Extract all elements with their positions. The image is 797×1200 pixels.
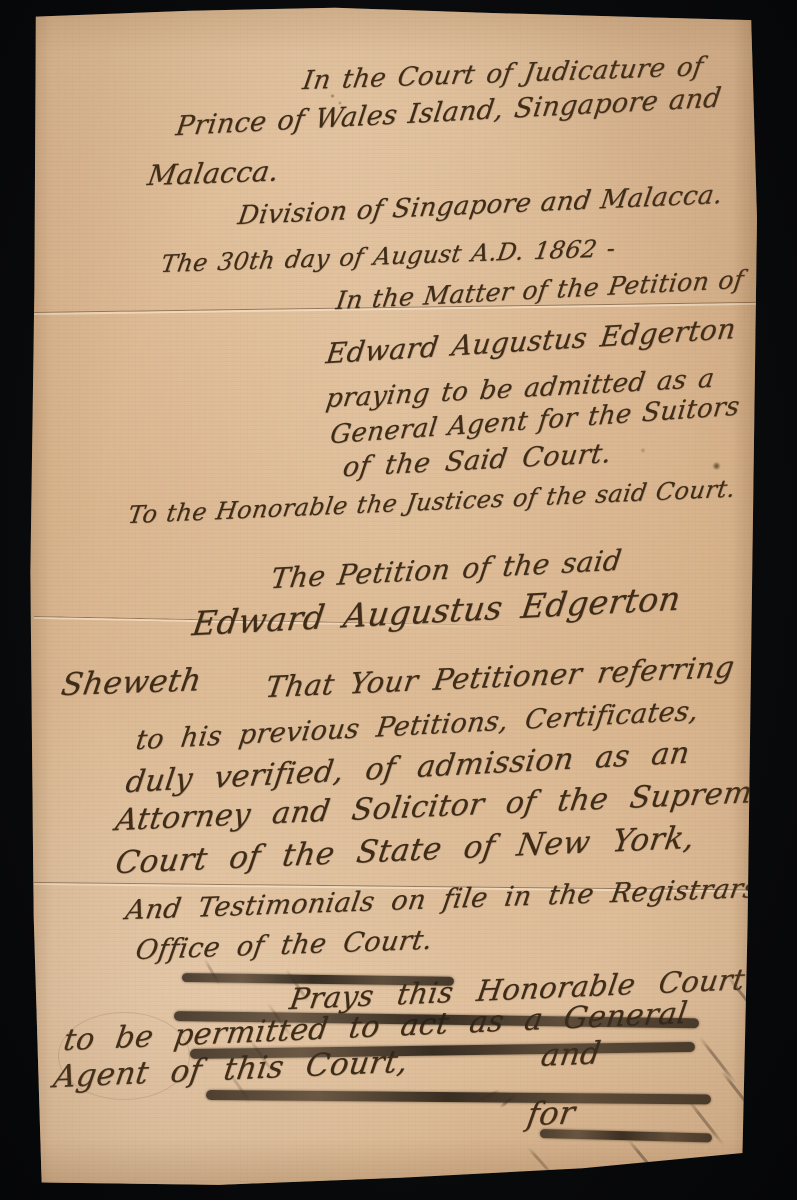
handwritten-division-line: Division of Singapore and Malacca. [236, 182, 724, 229]
stain [640, 448, 646, 453]
hatch-mark [727, 975, 763, 1020]
handwritten-matter-line-2: Edward Augustus Edgerton [324, 315, 737, 368]
hatch-mark [699, 1158, 732, 1199]
hatch-mark [699, 1036, 737, 1083]
strike-mark [182, 973, 454, 986]
strike-mark [540, 1129, 712, 1142]
photo-background: In the Court of Judicature ofPrince of W… [0, 0, 797, 1200]
hatch-mark [627, 1138, 664, 1182]
handwritten-address-line: To the Honorable the Justices of the sai… [126, 476, 737, 527]
handwritten-sheweth-label: Sheweth [59, 665, 204, 701]
handwritten-date-line: The 30th day of August A.D. 1862 - [159, 236, 617, 276]
stain [712, 462, 721, 470]
handwritten-petitioner-name: Edward Augustus Edgerton [190, 581, 683, 640]
handwritten-court-line-3: Malacca. [146, 157, 282, 190]
handwritten-body-line-7: Office of the Court. [134, 927, 435, 965]
document-page: In the Court of Judicature ofPrince of W… [30, 6, 757, 1186]
handwritten-body-line-6: And Testimonials on file in the Registra… [124, 875, 760, 924]
hatch-mark [747, 1000, 780, 1041]
handwritten-body-line-1: That Your Petitioner referring [264, 653, 737, 703]
hatch-mark [527, 1146, 554, 1176]
handwritten-court-line-2: Prince of Wales Island, Singapore and [174, 84, 723, 140]
hatch-mark [744, 1120, 776, 1159]
hatch-mark [721, 1070, 755, 1113]
strike-mark [206, 1090, 711, 1104]
